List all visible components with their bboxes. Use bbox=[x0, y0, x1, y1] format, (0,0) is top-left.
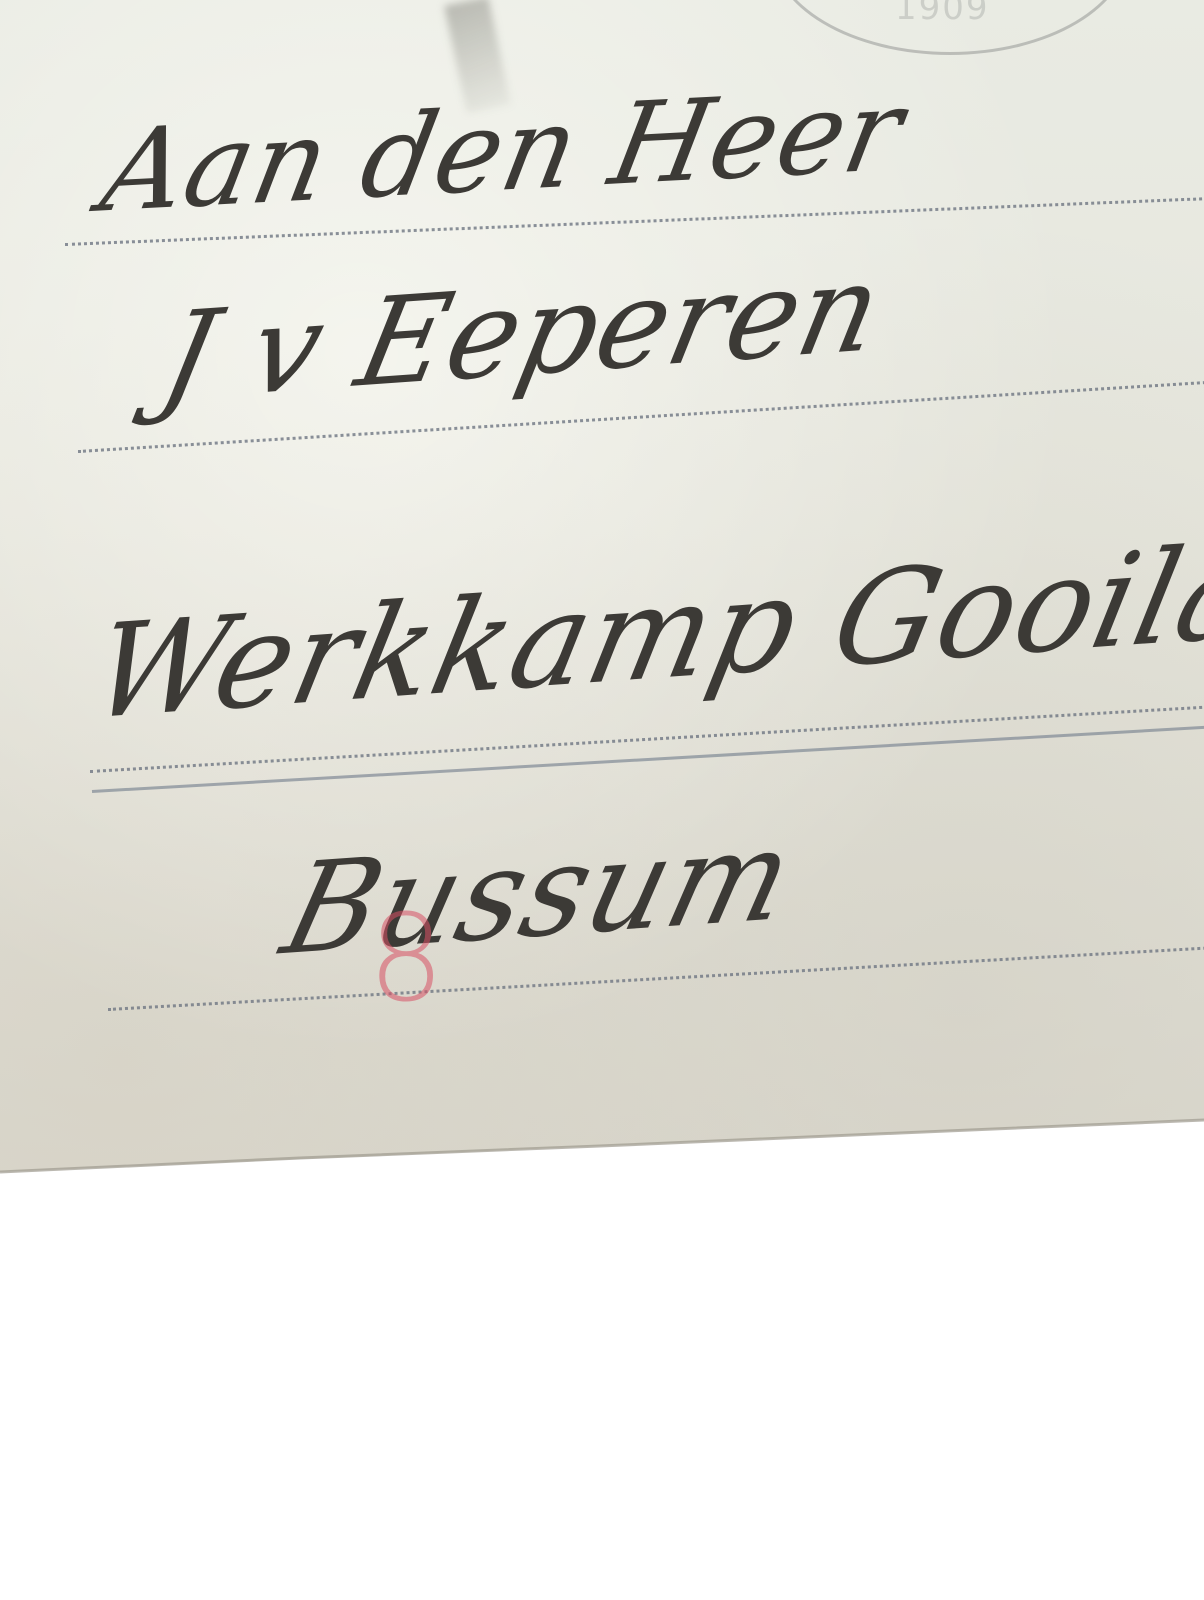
postcard: 1909 Aan den Heer J v Eeperen Werkkamp G… bbox=[0, 0, 1204, 1180]
postmark-year: 1909 bbox=[895, 0, 990, 28]
red-pencil-mark: 8 bbox=[368, 900, 444, 1020]
address-name: J v Eeperen bbox=[150, 238, 894, 429]
address-street: Werkkamp Gooiland bbox=[80, 505, 1204, 749]
address-salutation: Aan den Heer bbox=[92, 65, 913, 238]
photo-stage: 1909 Aan den Heer J v Eeperen Werkkamp G… bbox=[0, 0, 1204, 1600]
address-city: Bussum bbox=[270, 802, 807, 984]
